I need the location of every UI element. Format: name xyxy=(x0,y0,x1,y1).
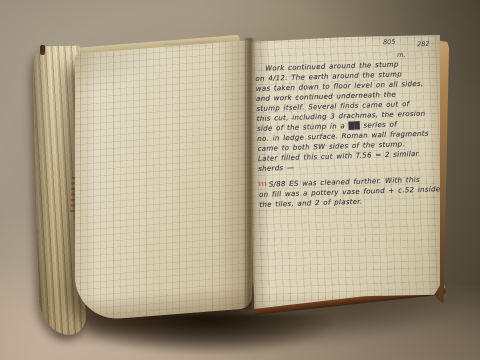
page-curl-shadow xyxy=(88,314,332,354)
notebook-photo: 805 282 m. Work continued around the stu… xyxy=(0,0,480,360)
handwriting-line: the tiles, and 2 of plaster. xyxy=(259,197,362,210)
margin-note: m. xyxy=(397,51,406,59)
page-number-right: 282 xyxy=(417,40,430,48)
handwritten-entry: Work continued around the stump on 4/12.… xyxy=(255,58,440,224)
book-gutter-shadow xyxy=(243,38,256,310)
left-page-blank xyxy=(75,40,252,322)
right-page-written: 805 282 m. Work continued around the stu… xyxy=(251,33,440,310)
red-ink-mark xyxy=(259,182,267,186)
cover-corner-detail xyxy=(40,45,45,55)
handwriting-line: sherds — xyxy=(258,163,294,174)
page-number-left: 805 xyxy=(383,38,396,46)
left-page-shading xyxy=(75,40,252,322)
